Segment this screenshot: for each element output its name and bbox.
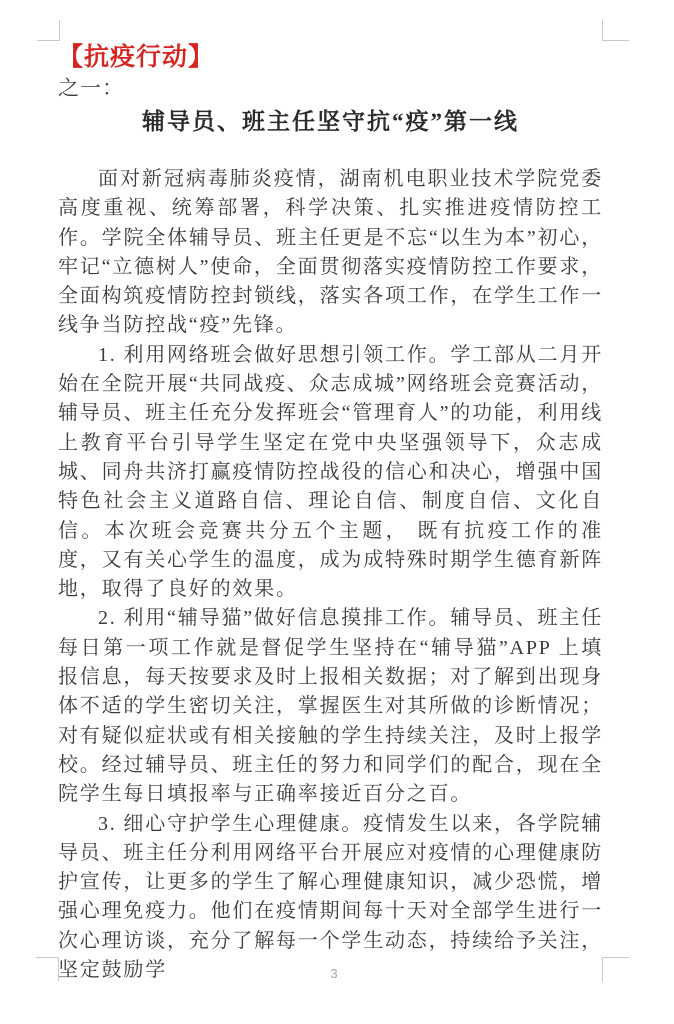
article: 【抗疫行动】 之一： 辅导员、班主任坚守抗“疫”第一线 面对新冠病毒肺炎疫情，湖…: [58, 40, 603, 985]
paragraph: 3. 细心守护学生心理健康。疫情发生以来，各学院辅导员、班主任分利用网络平台开展…: [58, 810, 603, 986]
crop-mark-top-right-icon: [602, 20, 629, 41]
paragraph: 面对新冠病毒肺炎疫情，湖南机电职业技术学院党委高度重视、统筹部署，科学决策、扎实…: [58, 165, 603, 341]
section-tag: 【抗疫行动】: [58, 42, 603, 74]
paragraph: 2. 利用“辅导猫”做好信息摸排工作。辅导员、班主任每日第一项工作就是督促学生坚…: [58, 604, 603, 809]
page-number: 3: [0, 966, 668, 981]
document-page: 【抗疫行动】 之一： 辅导员、班主任坚守抗“疫”第一线 面对新冠病毒肺炎疫情，湖…: [0, 0, 674, 1024]
crop-mark-top-left-icon: [37, 20, 60, 41]
series-label: 之一：: [58, 74, 603, 103]
article-title: 辅导员、班主任坚守抗“疫”第一线: [58, 106, 603, 138]
article-body: 面对新冠病毒肺炎疫情，湖南机电职业技术学院党委高度重视、统筹部署，科学决策、扎实…: [58, 165, 603, 985]
paragraph: 1. 利用网络班会做好思想引领工作。学工部从二月开始在全院开展“共同战疫、众志成…: [58, 341, 603, 605]
